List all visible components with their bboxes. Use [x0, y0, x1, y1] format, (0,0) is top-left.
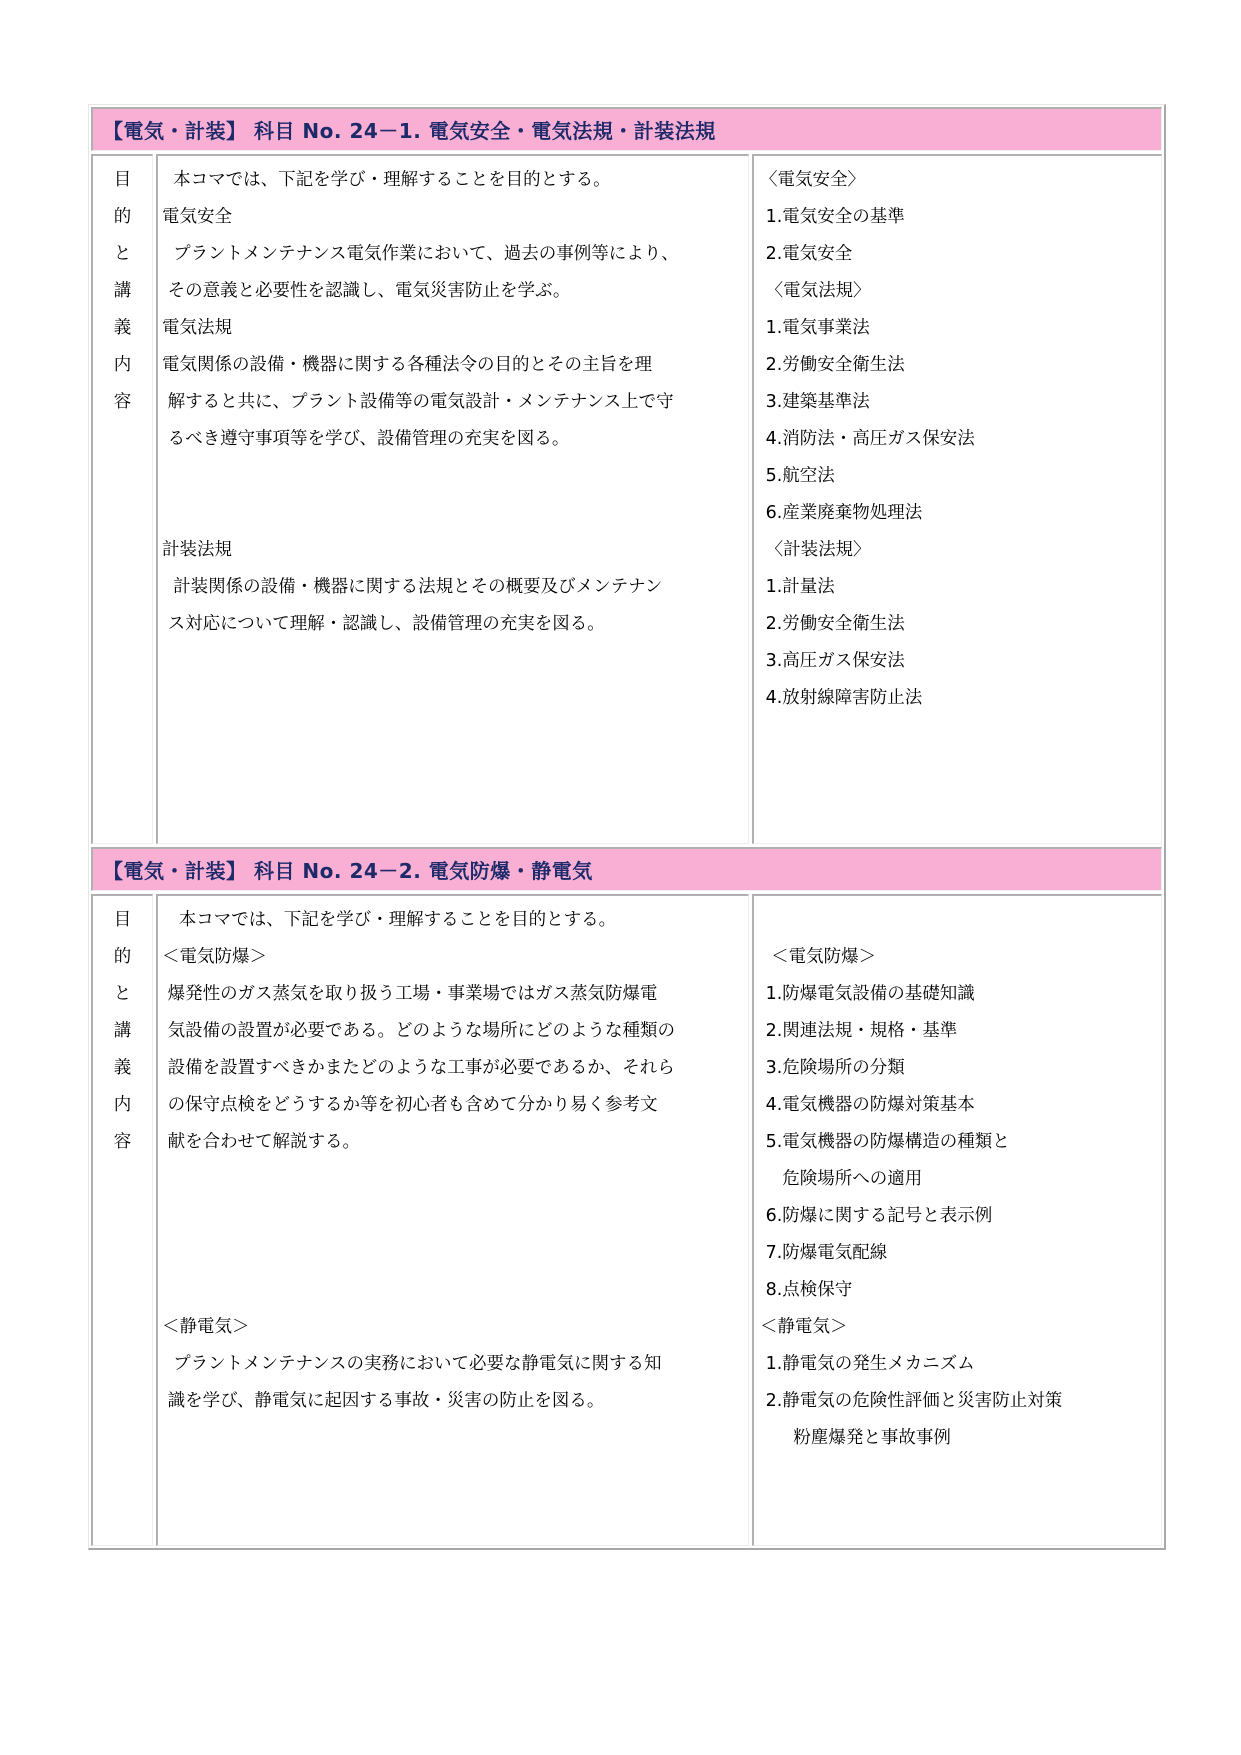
section-title-24-2: 【電気・計装】 科目 No. 24－2. 電気防爆・静電気 — [91, 847, 1162, 891]
label-char: 内 — [93, 347, 152, 384]
topic-item: 1.電気事業法 — [760, 310, 1161, 347]
section-title-24-1: 【電気・計装】 科目 No. 24－1. 電気安全・電気法規・計装法規 — [91, 107, 1162, 151]
topic-item: 8.点検保守 — [760, 1272, 1161, 1309]
topic-item: 2.労働安全衛生法 — [760, 347, 1161, 384]
description-line: 献を合わせて解説する。 — [162, 1124, 748, 1161]
label-char: 義 — [93, 310, 152, 347]
description-spacer — [162, 1198, 748, 1235]
description-line: 本コマでは、下記を学び・理解することを目的とする。 — [162, 162, 748, 199]
topic-heading: 〈電気法規〉 — [760, 273, 1161, 310]
topic-heading: 〈電気安全〉 — [760, 162, 1161, 199]
section-body-24-1: 目 的 と 講 義 内 容 本コマでは、下記を学び・理解することを目的とする。 … — [91, 154, 1162, 844]
description-line: ス対応について理解・認識し、設備管理の充実を図る。 — [162, 606, 748, 643]
topic-item: 4.電気機器の防爆対策基本 — [760, 1087, 1161, 1124]
description-line: 気設備の設置が必要である。どのような場所にどのような種類の — [162, 1013, 748, 1050]
label-column: 目 的 と 講 義 内 容 — [91, 154, 153, 844]
description-line: プラントメンテナンスの実務において必要な静電気に関する知 — [162, 1346, 748, 1383]
topic-item: 2.労働安全衛生法 — [760, 606, 1161, 643]
topic-item-continued: 危険場所への適用 — [760, 1161, 1161, 1198]
description-heading: 計装法規 — [162, 532, 748, 569]
label-char: 容 — [93, 384, 152, 421]
topic-item: 1.計量法 — [760, 569, 1161, 606]
description-column: 本コマでは、下記を学び・理解することを目的とする。 ＜電気防爆＞ 爆発性のガス蒸… — [156, 894, 749, 1546]
topic-item: 2.電気安全 — [760, 236, 1161, 273]
description-line: 設備を設置すべきかまたどのような工事が必要であるか、それら — [162, 1050, 748, 1087]
topics-column: ＜電気防爆＞ 1.防爆電気設備の基礎知識 2.関連法規・規格・基準 3.危険場所… — [752, 894, 1162, 1546]
topic-heading: ＜電気防爆＞ — [760, 939, 1161, 976]
label-char: と — [93, 236, 152, 273]
topics-column: 〈電気安全〉 1.電気安全の基準 2.電気安全 〈電気法規〉 1.電気事業法 2… — [752, 154, 1162, 844]
topic-item: 6.防爆に関する記号と表示例 — [760, 1198, 1161, 1235]
label-char: 講 — [93, 273, 152, 310]
description-spacer — [162, 458, 748, 495]
topic-item: 1.静電気の発生メカニズム — [760, 1346, 1161, 1383]
description-line: 解すると共に、プラント設備等の電気設計・メンテナンス上で守 — [162, 384, 748, 421]
topic-item: 3.建築基準法 — [760, 384, 1161, 421]
label-char: 目 — [93, 162, 152, 199]
description-line: その意義と必要性を認識し、電気災害防止を学ぶ。 — [162, 273, 748, 310]
label-char: 容 — [93, 1124, 152, 1161]
topic-item: 2.関連法規・規格・基準 — [760, 1013, 1161, 1050]
topic-heading: ＜静電気＞ — [760, 1309, 1161, 1346]
label-char: 的 — [93, 939, 152, 976]
topic-item: 4.放射線障害防止法 — [760, 680, 1161, 717]
topic-item: 7.防爆電気配線 — [760, 1235, 1161, 1272]
label-char: 義 — [93, 1050, 152, 1087]
description-heading: 電気安全 — [162, 199, 748, 236]
topic-item: 1.電気安全の基準 — [760, 199, 1161, 236]
label-char: と — [93, 976, 152, 1013]
description-column: 本コマでは、下記を学び・理解することを目的とする。 電気安全 プラントメンテナン… — [156, 154, 749, 844]
topic-item-continued: 粉塵爆発と事故事例 — [760, 1420, 1161, 1457]
description-heading: ＜電気防爆＞ — [162, 939, 748, 976]
topic-item: 3.高圧ガス保安法 — [760, 643, 1161, 680]
label-char: 内 — [93, 1087, 152, 1124]
topic-item: 6.産業廃棄物処理法 — [760, 495, 1161, 532]
description-line: るべき遵守事項等を学び、設備管理の充実を図る。 — [162, 421, 748, 458]
description-line: 本コマでは、下記を学び・理解することを目的とする。 — [162, 902, 748, 939]
topic-item: 2.静電気の危険性評価と災害防止対策 — [760, 1383, 1161, 1420]
label-column: 目 的 と 講 義 内 容 — [91, 894, 153, 1546]
description-spacer — [162, 1235, 748, 1272]
topic-heading: 〈計装法規〉 — [760, 532, 1161, 569]
description-line: 計装関係の設備・機器に関する法規とその概要及びメンテナン — [162, 569, 748, 606]
label-char: 講 — [93, 1013, 152, 1050]
description-line: 識を学び、静電気に起因する事故・災害の防止を図る。 — [162, 1383, 748, 1420]
description-spacer — [162, 1161, 748, 1198]
label-char: 目 — [93, 902, 152, 939]
description-spacer — [162, 1272, 748, 1309]
description-line: 爆発性のガス蒸気を取り扱う工場・事業場ではガス蒸気防爆電 — [162, 976, 748, 1013]
description-line: プラントメンテナンス電気作業において、過去の事例等により、 — [162, 236, 748, 273]
description-line: の保守点検をどうするか等を初心者も含めて分かり易く参考文 — [162, 1087, 748, 1124]
description-spacer — [162, 495, 748, 532]
topic-item: 5.航空法 — [760, 458, 1161, 495]
topic-item: 4.消防法・高圧ガス保安法 — [760, 421, 1161, 458]
description-line: 電気関係の設備・機器に関する各種法令の目的とその主旨を理 — [162, 347, 748, 384]
syllabus-table: 【電気・計装】 科目 No. 24－1. 電気安全・電気法規・計装法規 目 的 … — [88, 104, 1166, 1550]
label-char: 的 — [93, 199, 152, 236]
topic-spacer — [760, 902, 1161, 939]
topic-item: 5.電気機器の防爆構造の種類と — [760, 1124, 1161, 1161]
topic-item: 1.防爆電気設備の基礎知識 — [760, 976, 1161, 1013]
section-body-24-2: 目 的 と 講 義 内 容 本コマでは、下記を学び・理解することを目的とする。 … — [91, 894, 1162, 1546]
topic-item: 3.危険場所の分類 — [760, 1050, 1161, 1087]
description-heading: 電気法規 — [162, 310, 748, 347]
description-heading: ＜静電気＞ — [162, 1309, 748, 1346]
